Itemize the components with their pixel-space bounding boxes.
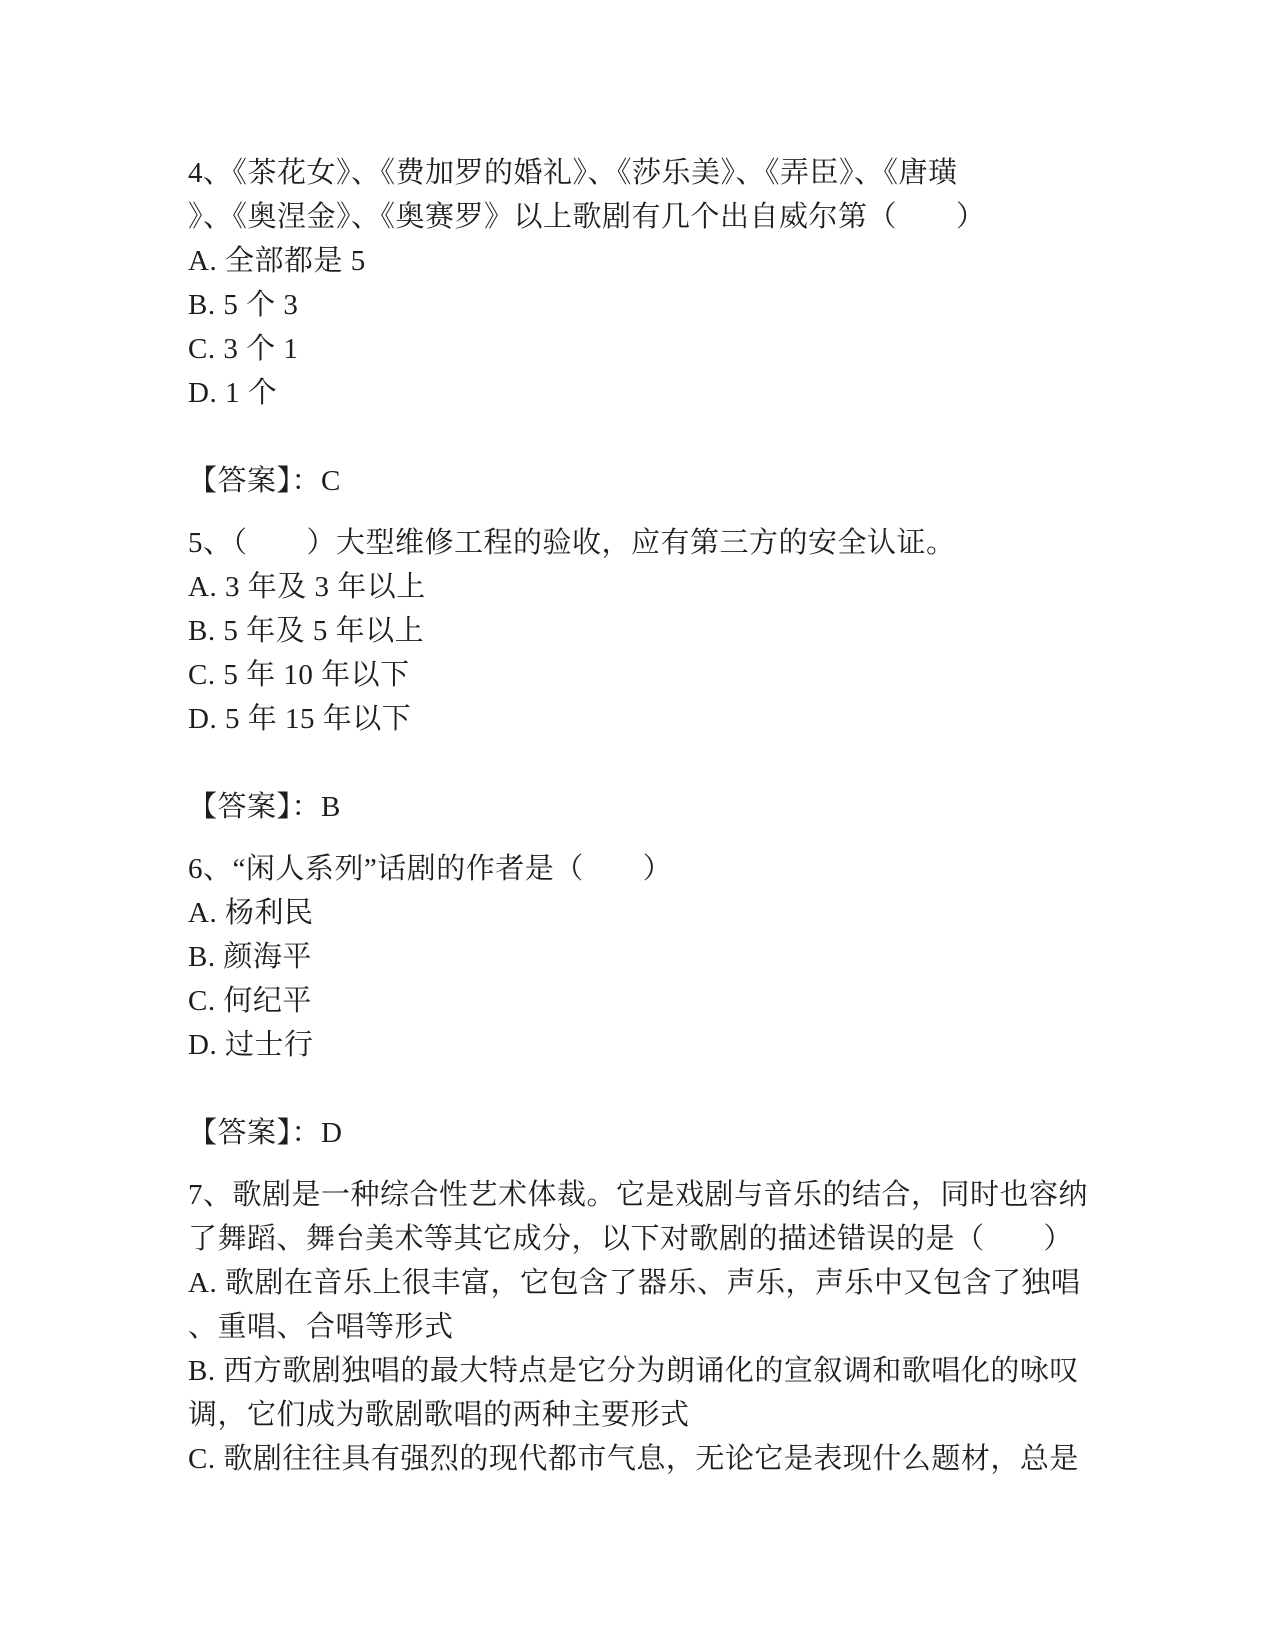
question-7-option-a-line-2: 、重唱、合唱等形式 [188, 1305, 1088, 1349]
question-7-option-b-line-2: 调，它们成为歌剧歌唱的两种主要形式 [188, 1393, 1088, 1437]
question-5-option-c: C. 5 年 10 年以下 [188, 653, 1088, 697]
question-5-option-b: B. 5 年及 5 年以上 [188, 609, 1088, 653]
question-6-stem-line-1: 6、“闲人系列”话剧的作者是（ ） [188, 847, 1088, 891]
question-4-stem-line-1: 4、《茶花女》、《费加罗的婚礼》、《莎乐美》、《弄臣》、《唐璜 [188, 151, 1088, 195]
question-4-answer-line: 【答案】：C [188, 459, 1088, 503]
question-4: 4、《茶花女》、《费加罗的婚礼》、《莎乐美》、《弄臣》、《唐璜 》、《奥涅金》、… [188, 151, 1088, 503]
question-4-option-c: C. 3 个 1 [188, 327, 1088, 371]
question-7-stem-line-1: 7、歌剧是一种综合性艺术体裁。它是戏剧与音乐的结合，同时也容纳 [188, 1173, 1088, 1217]
question-6-option-d: D. 过士行 [188, 1023, 1088, 1067]
question-7-option-c-line-1: C. 歌剧往往具有强烈的现代都市气息，无论它是表现什么题材，总是 [188, 1437, 1088, 1481]
question-4-stem-line-2: 》、《奥涅金》、《奥赛罗》以上歌剧有几个出自威尔第（ ） [188, 195, 1088, 239]
question-4-option-d: D. 1 个 [188, 371, 1088, 415]
question-5-stem-line-1: 5、（ ）大型维修工程的验收，应有第三方的安全认证。 [188, 521, 1088, 565]
page-content: 4、《茶花女》、《费加罗的婚礼》、《莎乐美》、《弄臣》、《唐璜 》、《奥涅金》、… [188, 151, 1088, 1481]
answer-value: D [321, 1117, 342, 1149]
question-7-option-b-line-1: B. 西方歌剧独唱的最大特点是它分为朗诵化的宣叙调和歌唱化的咏叹 [188, 1349, 1088, 1393]
answer-value: C [321, 465, 341, 497]
question-6-option-c: C. 何纪平 [188, 979, 1088, 1023]
answer-label: 【答案】： [188, 465, 321, 497]
question-5: 5、（ ）大型维修工程的验收，应有第三方的安全认证。 A. 3 年及 3 年以上… [188, 521, 1088, 829]
question-7-option-a-line-1: A. 歌剧在音乐上很丰富，它包含了器乐、声乐，声乐中又包含了独唱 [188, 1261, 1088, 1305]
question-6-answer-line: 【答案】：D [188, 1111, 1088, 1155]
question-7: 7、歌剧是一种综合性艺术体裁。它是戏剧与音乐的结合，同时也容纳 了舞蹈、舞台美术… [188, 1173, 1088, 1481]
question-6: 6、“闲人系列”话剧的作者是（ ） A. 杨利民 B. 颜海平 C. 何纪平 D… [188, 847, 1088, 1155]
question-5-option-a: A. 3 年及 3 年以上 [188, 565, 1088, 609]
answer-label: 【答案】： [188, 791, 321, 823]
answer-value: B [321, 791, 341, 823]
document-page: 4、《茶花女》、《费加罗的婚礼》、《莎乐美》、《弄臣》、《唐璜 》、《奥涅金》、… [0, 0, 1275, 1650]
question-6-option-b: B. 颜海平 [188, 935, 1088, 979]
question-6-option-a: A. 杨利民 [188, 891, 1088, 935]
answer-label: 【答案】： [188, 1117, 321, 1149]
question-7-stem-line-2: 了舞蹈、舞台美术等其它成分，以下对歌剧的描述错误的是（ ） [188, 1217, 1088, 1261]
question-4-option-b: B. 5 个 3 [188, 283, 1088, 327]
question-5-answer-line: 【答案】：B [188, 785, 1088, 829]
question-4-option-a: A. 全部都是 5 [188, 239, 1088, 283]
question-5-option-d: D. 5 年 15 年以下 [188, 697, 1088, 741]
